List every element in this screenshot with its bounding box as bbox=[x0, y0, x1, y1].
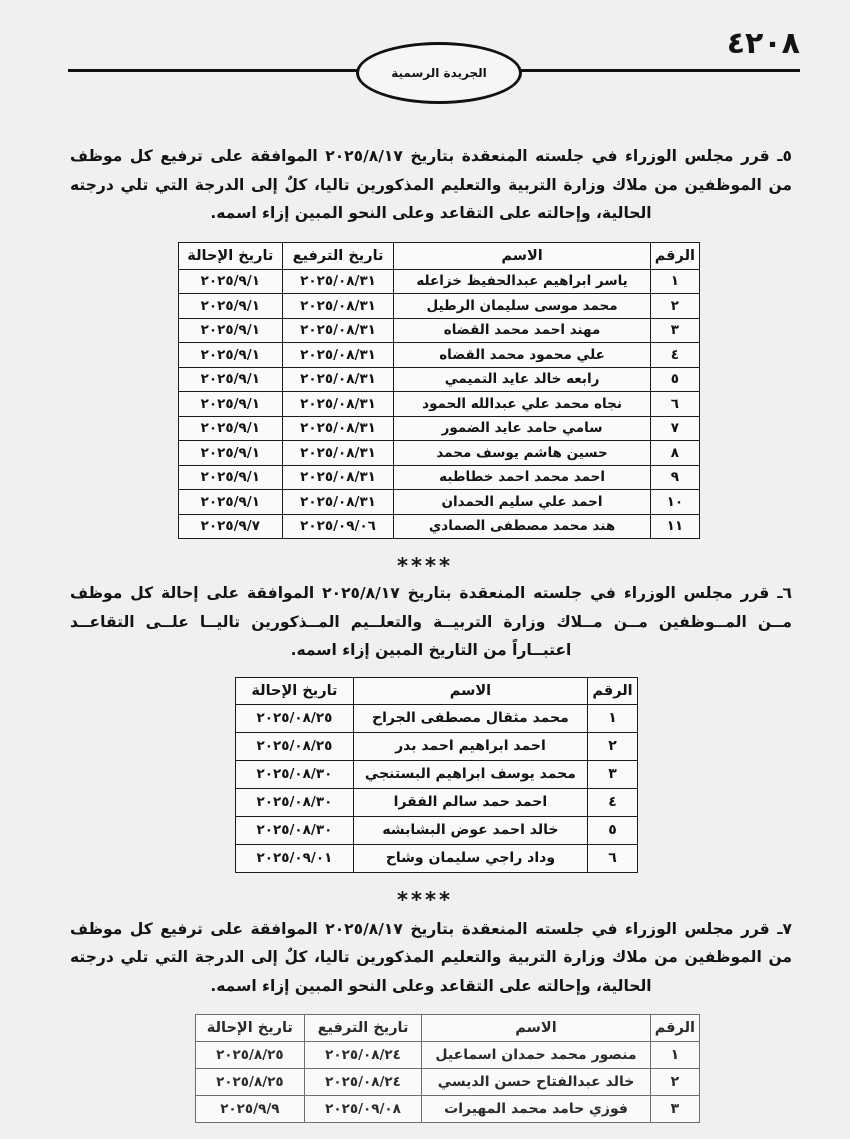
table-cell: ٢٠٢٥/٩/١ bbox=[179, 465, 283, 490]
table-cell: ٢٠٢٥/٠٨/٣١ bbox=[282, 343, 394, 368]
table-cell: ٨ bbox=[650, 441, 699, 466]
table-row: ٣محمد يوسف ابراهيم البستنجي٢٠٢٥/٠٨/٣٠ bbox=[236, 760, 638, 788]
table-cell: ١ bbox=[650, 1042, 699, 1069]
table-row: ٣مهند احمد محمد القضاه٢٠٢٥/٠٨/٣١٢٠٢٥/٩/١ bbox=[179, 318, 700, 343]
table-cell: نجاه محمد علي عبدالله الحمود bbox=[394, 392, 650, 417]
table-header-row: الرقمالاسمتاريخ الإحالة bbox=[236, 677, 638, 704]
table-cell: سامي حامد عايد الضمور bbox=[394, 416, 650, 441]
table-cell: ٢٠٢٥/٩/١ bbox=[179, 392, 283, 417]
table-header-row: الرقمالاسمتاريخ الترفيعتاريخ الإحالة bbox=[196, 1015, 700, 1042]
table-row: ٦وداد راجي سليمان وشاح٢٠٢٥/٠٩/٠١ bbox=[236, 844, 638, 872]
table-cell: ياسر ابراهيم عبدالحفيظ خزاعله bbox=[394, 269, 650, 294]
gazette-page: ٤٢٠٨ الجريدة الرسمية ٥ـ قرر مجلس الوزراء… bbox=[0, 0, 850, 1139]
table-cell: ٢٠٢٥/٠٨/٣٠ bbox=[236, 788, 354, 816]
table-cell: ٢٠٢٥/٠٨/٣٠ bbox=[236, 760, 354, 788]
column-header: تاريخ الإحالة bbox=[196, 1015, 305, 1042]
table-row: ٩احمد محمد احمد خطاطبه٢٠٢٥/٠٨/٣١٢٠٢٥/٩/١ bbox=[179, 465, 700, 490]
table-cell: محمد يوسف ابراهيم البستنجي bbox=[353, 760, 587, 788]
masthead-ellipse: الجريدة الرسمية bbox=[356, 42, 522, 104]
table-cell: ٢٠٢٥/٠٨/٢٥ bbox=[236, 732, 354, 760]
table-cell: منصور محمد حمدان اسماعيل bbox=[422, 1042, 650, 1069]
table-row: ٥خالد احمد عوض البشابشه٢٠٢٥/٠٨/٣٠ bbox=[236, 816, 638, 844]
table-body: ١منصور محمد حمدان اسماعيل٢٠٢٥/٠٨/٢٤٢٠٢٥/… bbox=[196, 1042, 700, 1123]
table-cell: علي محمود محمد القضاه bbox=[394, 343, 650, 368]
table-row: ١ياسر ابراهيم عبدالحفيظ خزاعله٢٠٢٥/٠٨/٣١… bbox=[179, 269, 700, 294]
table-cell: ٢٠٢٥/٨/٢٥ bbox=[196, 1042, 305, 1069]
table-cell: ٢٠٢٥/٩/١ bbox=[179, 294, 283, 319]
table-cell: ١١ bbox=[650, 514, 699, 539]
table-row: ١٠احمد علي سليم الحمدان٢٠٢٥/٠٨/٣١٢٠٢٥/٩/… bbox=[179, 490, 700, 515]
decision-6-paragraph: ٦ـ قرر مجلس الوزراء في جلسته المنعقدة بت… bbox=[70, 579, 792, 665]
table-cell: ١ bbox=[650, 269, 699, 294]
table-row: ٢محمد موسى سليمان الرطيل٢٠٢٥/٠٨/٣١٢٠٢٥/٩… bbox=[179, 294, 700, 319]
table-cell: ٥ bbox=[650, 367, 699, 392]
table-cell: ٢٠٢٥/٠٨/٢٤ bbox=[304, 1042, 422, 1069]
table-row: ٤احمد حمد سالم الفقرا٢٠٢٥/٠٨/٣٠ bbox=[236, 788, 638, 816]
column-header: تاريخ الترفيع bbox=[304, 1015, 422, 1042]
column-header: الاسم bbox=[422, 1015, 650, 1042]
table-cell: ٢٠٢٥/٠٨/٣١ bbox=[282, 465, 394, 490]
table-cell: ٩ bbox=[650, 465, 699, 490]
table-row: ١١هند محمد مصطفى الصمادي٢٠٢٥/٠٩/٠٦٢٠٢٥/٩… bbox=[179, 514, 700, 539]
table-cell: فوزي حامد محمد المهيرات bbox=[422, 1096, 650, 1123]
table-cell: احمد ابراهيم احمد بدر bbox=[353, 732, 587, 760]
table-cell: ٢٠٢٥/٩/٩ bbox=[196, 1096, 305, 1123]
table-cell: ٢ bbox=[588, 732, 638, 760]
table-cell: ١٠ bbox=[650, 490, 699, 515]
table-cell: ٢٠٢٥/٩/٧ bbox=[179, 514, 283, 539]
table-row: ٢احمد ابراهيم احمد بدر٢٠٢٥/٠٨/٢٥ bbox=[236, 732, 638, 760]
table-row: ١منصور محمد حمدان اسماعيل٢٠٢٥/٠٨/٢٤٢٠٢٥/… bbox=[196, 1042, 700, 1069]
table-cell: ١ bbox=[588, 704, 638, 732]
section-separator: **** bbox=[0, 553, 850, 577]
table-cell: مهند احمد محمد القضاه bbox=[394, 318, 650, 343]
table-cell: خالد عبدالفتاح حسن الديسي bbox=[422, 1069, 650, 1096]
table-cell: ٢ bbox=[650, 294, 699, 319]
promotion-retirement-table-5: الرقمالاسمتاريخ الترفيعتاريخ الإحالة ١يا… bbox=[178, 242, 700, 540]
table-cell: ٢٠٢٥/٠٨/٣١ bbox=[282, 318, 394, 343]
table-cell: ٢٠٢٥/٠٩/٠٨ bbox=[304, 1096, 422, 1123]
table-cell: احمد حمد سالم الفقرا bbox=[353, 788, 587, 816]
table-cell: ٢٠٢٥/٠٨/٣١ bbox=[282, 294, 394, 319]
table-cell: هند محمد مصطفى الصمادي bbox=[394, 514, 650, 539]
table-cell: ٢٠٢٥/٠٨/٣١ bbox=[282, 416, 394, 441]
table-cell: ٣ bbox=[650, 1096, 699, 1123]
table-cell: ٢٠٢٥/٠٨/٣١ bbox=[282, 490, 394, 515]
table-cell: خالد احمد عوض البشابشه bbox=[353, 816, 587, 844]
decision-5-paragraph: ٥ـ قرر مجلس الوزراء في جلسته المنعقدة بت… bbox=[70, 142, 792, 228]
masthead-title: الجريدة الرسمية bbox=[391, 66, 487, 80]
column-header: الرقم bbox=[650, 1015, 699, 1042]
page-number: ٤٢٠٨ bbox=[727, 26, 800, 61]
table-cell: ٢٠٢٥/٠٩/٠١ bbox=[236, 844, 354, 872]
section-decision-6: ٦ـ قرر مجلس الوزراء في جلسته المنعقدة بت… bbox=[0, 579, 850, 873]
promotion-retirement-table-7: الرقمالاسمتاريخ الترفيعتاريخ الإحالة ١من… bbox=[195, 1014, 700, 1123]
table-row: ٨حسين هاشم يوسف محمد٢٠٢٥/٠٨/٣١٢٠٢٥/٩/١ bbox=[179, 441, 700, 466]
table-cell: رابعه خالد عايد التميمي bbox=[394, 367, 650, 392]
table-cell: ٢٠٢٥/٠٨/٢٥ bbox=[236, 704, 354, 732]
table-cell: ٤ bbox=[650, 343, 699, 368]
table-cell: ٦ bbox=[650, 392, 699, 417]
table-cell: ٢ bbox=[650, 1069, 699, 1096]
table-cell: ٢٠٢٥/٩/١ bbox=[179, 367, 283, 392]
table-cell: ٦ bbox=[588, 844, 638, 872]
table-cell: ٢٠٢٥/٩/١ bbox=[179, 318, 283, 343]
table-cell: حسين هاشم يوسف محمد bbox=[394, 441, 650, 466]
table-row: ٧سامي حامد عايد الضمور٢٠٢٥/٠٨/٣١٢٠٢٥/٩/١ bbox=[179, 416, 700, 441]
table-cell: ٢٠٢٥/٠٨/٢٤ bbox=[304, 1069, 422, 1096]
table-cell: ٥ bbox=[588, 816, 638, 844]
table-cell: ٢٠٢٥/٠٨/٣١ bbox=[282, 269, 394, 294]
table-cell: ٢٠٢٥/٩/١ bbox=[179, 441, 283, 466]
table-cell: وداد راجي سليمان وشاح bbox=[353, 844, 587, 872]
table-cell: احمد محمد احمد خطاطبه bbox=[394, 465, 650, 490]
table-cell: ٢٠٢٥/٩/١ bbox=[179, 490, 283, 515]
section-decision-5: ٥ـ قرر مجلس الوزراء في جلسته المنعقدة بت… bbox=[0, 142, 850, 539]
table-cell: ٢٠٢٥/٩/١ bbox=[179, 343, 283, 368]
table-cell: ٢٠٢٥/٨/٢٥ bbox=[196, 1069, 305, 1096]
table-cell: ٢٠٢٥/٠٨/٣٠ bbox=[236, 816, 354, 844]
table-body: ١محمد مثقال مصطفى الجراح٢٠٢٥/٠٨/٢٥٢احمد … bbox=[236, 704, 638, 872]
decision-7-paragraph: ٧ـ قرر مجلس الوزراء في جلسته المنعقدة بت… bbox=[70, 915, 792, 1001]
page-header: ٤٢٠٨ الجريدة الرسمية bbox=[0, 0, 850, 132]
table-cell: احمد علي سليم الحمدان bbox=[394, 490, 650, 515]
table-cell: محمد مثقال مصطفى الجراح bbox=[353, 704, 587, 732]
table-header-row: الرقمالاسمتاريخ الترفيعتاريخ الإحالة bbox=[179, 242, 700, 269]
table-cell: ٣ bbox=[588, 760, 638, 788]
table-body: ١ياسر ابراهيم عبدالحفيظ خزاعله٢٠٢٥/٠٨/٣١… bbox=[179, 269, 700, 539]
table-cell: ٤ bbox=[588, 788, 638, 816]
table-row: ٣فوزي حامد محمد المهيرات٢٠٢٥/٠٩/٠٨٢٠٢٥/٩… bbox=[196, 1096, 700, 1123]
column-header: تاريخ الإحالة bbox=[179, 242, 283, 269]
table-cell: محمد موسى سليمان الرطيل bbox=[394, 294, 650, 319]
column-header: الرقم bbox=[588, 677, 638, 704]
table-row: ١محمد مثقال مصطفى الجراح٢٠٢٥/٠٨/٢٥ bbox=[236, 704, 638, 732]
column-header: الاسم bbox=[353, 677, 587, 704]
column-header: الرقم bbox=[650, 242, 699, 269]
table-row: ٢خالد عبدالفتاح حسن الديسي٢٠٢٥/٠٨/٢٤٢٠٢٥… bbox=[196, 1069, 700, 1096]
table-row: ٤علي محمود محمد القضاه٢٠٢٥/٠٨/٣١٢٠٢٥/٩/١ bbox=[179, 343, 700, 368]
table-cell: ٢٠٢٥/٠٨/٣١ bbox=[282, 441, 394, 466]
table-cell: ٢٠٢٥/٠٩/٠٦ bbox=[282, 514, 394, 539]
section-separator: **** bbox=[0, 887, 850, 911]
table-cell: ٢٠٢٥/٠٨/٣١ bbox=[282, 367, 394, 392]
table-cell: ٣ bbox=[650, 318, 699, 343]
column-header: تاريخ الإحالة bbox=[236, 677, 354, 704]
table-cell: ٢٠٢٥/٠٨/٣١ bbox=[282, 392, 394, 417]
retirement-table-6: الرقمالاسمتاريخ الإحالة ١محمد مثقال مصطف… bbox=[235, 677, 638, 873]
table-cell: ٢٠٢٥/٩/١ bbox=[179, 269, 283, 294]
table-cell: ٧ bbox=[650, 416, 699, 441]
column-header: تاريخ الترفيع bbox=[282, 242, 394, 269]
section-decision-7: ٧ـ قرر مجلس الوزراء في جلسته المنعقدة بت… bbox=[0, 915, 850, 1124]
table-cell: ٢٠٢٥/٩/١ bbox=[179, 416, 283, 441]
table-row: ٥رابعه خالد عايد التميمي٢٠٢٥/٠٨/٣١٢٠٢٥/٩… bbox=[179, 367, 700, 392]
table-row: ٦نجاه محمد علي عبدالله الحمود٢٠٢٥/٠٨/٣١٢… bbox=[179, 392, 700, 417]
column-header: الاسم bbox=[394, 242, 650, 269]
